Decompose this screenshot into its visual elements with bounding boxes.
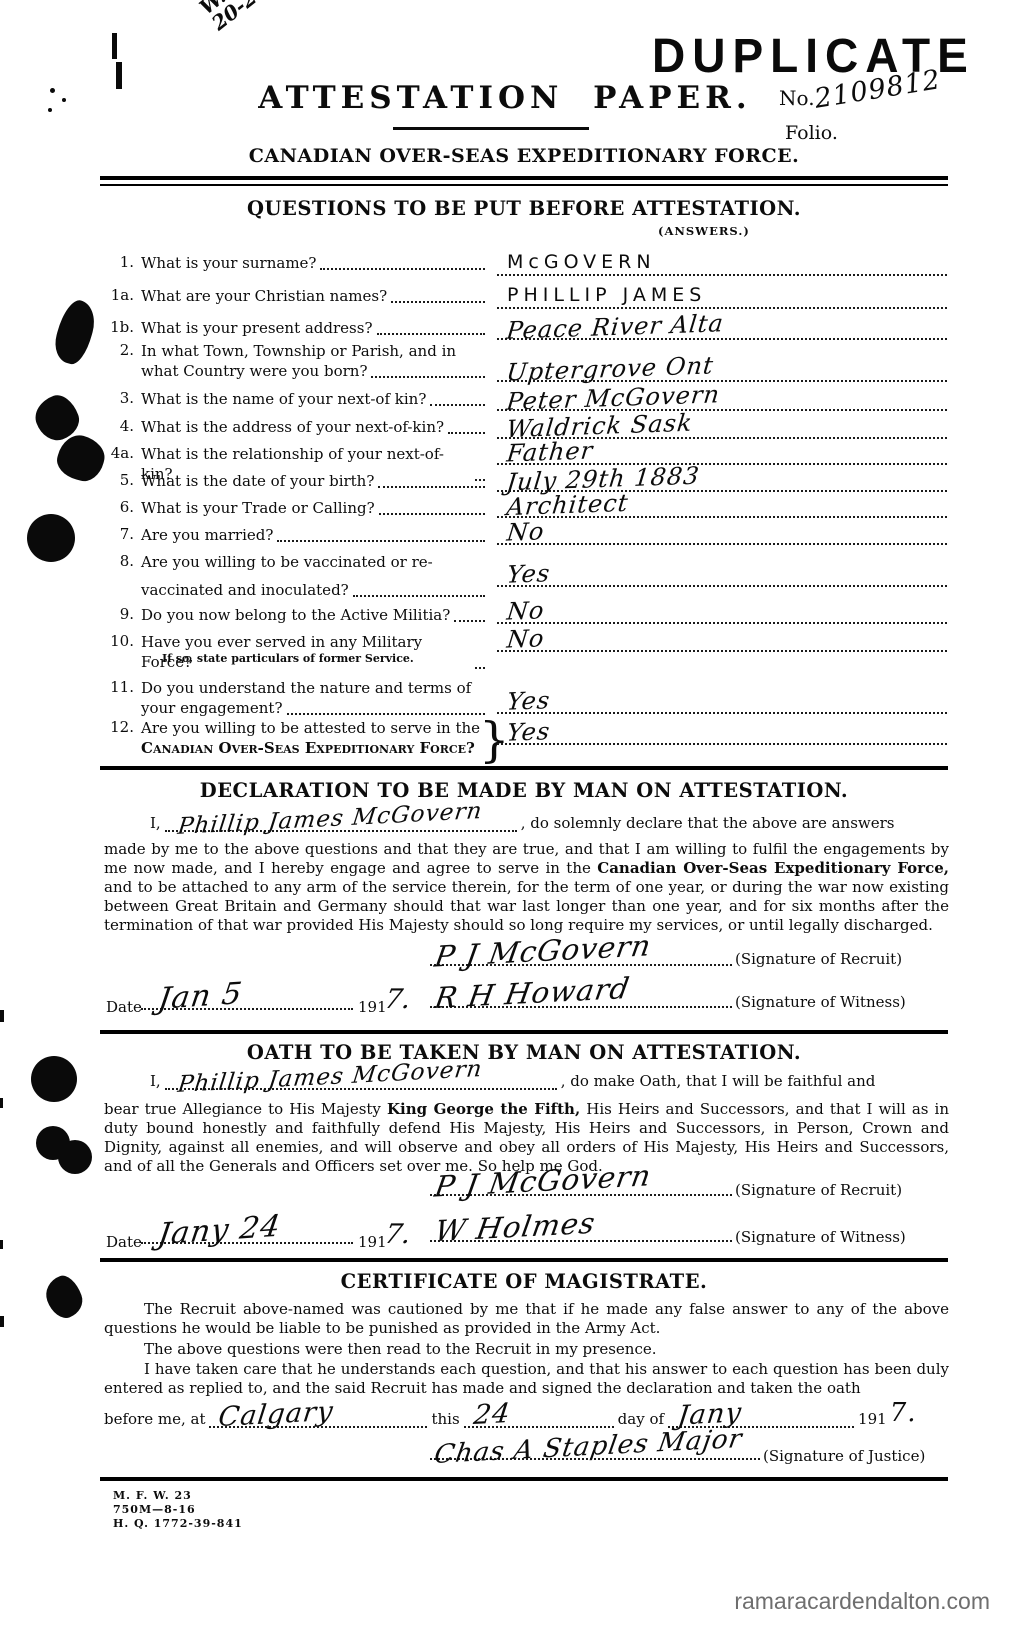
answer-value: McGOVERN (507, 251, 656, 273)
dotted-leader (391, 301, 485, 303)
ink-blob (50, 297, 99, 368)
day-line: 24 (464, 1426, 614, 1428)
question-number: 4. (106, 417, 134, 435)
form-code-1: M. F. W. 23 (113, 1489, 192, 1502)
certificate-paragraph: I have taken care that he understands ea… (104, 1360, 949, 1398)
answer-line: Father (497, 441, 947, 465)
oath-body-text: bear true Allegiance to His Majesty (104, 1100, 387, 1118)
dayof-label: day of (618, 1410, 664, 1428)
question-line: vaccinated and inoculated? (141, 580, 349, 600)
question-line: What is the name of your next-of kin? (141, 389, 426, 409)
question-number: 2. (106, 341, 134, 359)
answer-line: Peace River Alta (497, 316, 947, 340)
dotted-leader (377, 333, 486, 335)
question-number: 9. (106, 605, 134, 623)
form-code-2: 750M—8-16 (113, 1503, 196, 1516)
watermark-text: ramaracardendalton.com (560, 1588, 990, 1615)
recruit-signature-line: P J McGovern (430, 1168, 732, 1196)
date-label: Date (106, 998, 142, 1016)
questions-heading: QUESTIONS TO BE PUT BEFORE ATTESTATION. (100, 197, 948, 220)
question-text: What is your surname? (141, 253, 487, 273)
question-line: What is the date of your birth? (141, 471, 374, 491)
section-divider (100, 766, 948, 770)
dotted-leader (454, 620, 485, 622)
answer-line: Yes (497, 690, 947, 714)
question-number: 12. (106, 718, 134, 736)
declaration-intro: I, Phillip James McGovern , do solemnly … (104, 814, 949, 832)
date-line: Jany 24 (141, 1218, 353, 1244)
dotted-leader (379, 513, 485, 515)
ink-mark (116, 62, 122, 89)
declaration-body-text: and to be attached to any arm of the ser… (104, 878, 949, 934)
justice-signature: Chas A Staples Major (432, 1424, 745, 1470)
ink-blob (41, 1271, 87, 1322)
answer-value: Peace River Alta (505, 309, 725, 345)
question-number: 10. (106, 632, 134, 650)
date-label: Date (106, 1233, 142, 1251)
dotted-leader (277, 540, 485, 542)
annotation-line-2: 20-2-17. (208, 0, 294, 34)
before-label: before me, at (104, 1410, 205, 1428)
question-line: What is your present address? (141, 318, 373, 338)
answer-value: Yes (505, 717, 551, 746)
question-number: 6. (106, 498, 134, 516)
answer-line: PHILLIP JAMES (497, 285, 947, 309)
dotted-leader (371, 376, 485, 378)
intro-prefix: I, (104, 1072, 161, 1090)
year-handwritten: 7. (382, 984, 413, 1015)
justice-signature-line: Chas A Staples Major (430, 1432, 760, 1460)
question-number: 7. (106, 525, 134, 543)
answer-line: No (497, 600, 947, 624)
place-value: Calgary (217, 1396, 336, 1433)
question-text: What is your present address? (141, 318, 487, 338)
attestation-paper-scan: W.a.m. 20-2-17. DUPLICATE ATTESTATION PA… (0, 0, 1013, 1632)
question-text: What are your Christian names? (141, 286, 487, 306)
answer-value: No (505, 624, 546, 653)
question-line: What are your Christian names? (141, 286, 387, 306)
declarant-name-line: Phillip James McGovern (165, 830, 517, 832)
declaration-body: made by me to the above questions and th… (104, 840, 949, 935)
recruit-signature-label: (Signature of Recruit) (735, 1181, 902, 1199)
question-text: What is the name of your next-of kin? (141, 389, 487, 409)
declarant-name: Phillip James McGovern (176, 798, 484, 840)
question-line: What is the address of your next-of-kin? (141, 417, 444, 437)
question-text: Are you willing to be attested to serve … (141, 718, 487, 758)
answer-line: Waldrick Sask (497, 415, 947, 439)
certificate-paragraph: The Recruit above-named was cautioned by… (104, 1300, 949, 1338)
section-divider (100, 1477, 948, 1481)
intro-rest: , do make Oath, that I will be faithful … (561, 1072, 876, 1090)
witness-signature-label: (Signature of Witness) (735, 993, 906, 1011)
dotted-leader (448, 432, 485, 434)
question-line: Do you now belong to the Active Militia? (141, 605, 450, 625)
question-line: your engagement? (141, 698, 283, 718)
recruit-signature-line: P J McGovern (430, 938, 732, 966)
answer-line: McGOVERN (497, 252, 947, 276)
answer-value: No (505, 517, 546, 546)
certificate-paragraph: The above questions were then read to th… (104, 1340, 949, 1359)
edge-artifact (0, 1098, 3, 1108)
oath-body-bold: King George the Fifth, (387, 1100, 580, 1118)
question-text: What is the date of your birth? (141, 471, 487, 491)
answer-value: Yes (505, 686, 551, 715)
page-title: ATTESTATION PAPER. (150, 80, 860, 116)
oath-name-line: Phillip James McGovern (165, 1088, 557, 1090)
witness-signature-label: (Signature of Witness) (735, 1228, 906, 1246)
question-line: Are you married? (141, 525, 273, 545)
dotted-leader (430, 404, 485, 406)
ink-blob (27, 514, 75, 562)
edge-artifact (0, 1010, 4, 1022)
answer-line: Yes (497, 721, 947, 745)
answer-value: No (505, 596, 546, 625)
certificate-before-row: before me, at Calgary this 24 day of Jan… (104, 1398, 949, 1428)
recruit-signature: P J McGovern (432, 928, 654, 973)
answer-line: No (497, 628, 947, 652)
question-number: 3. (106, 389, 134, 407)
date-line: Jan 5 (141, 984, 353, 1010)
question-text: Do you understand the nature and terms o… (141, 678, 487, 718)
declaration-body-bold: Canadian Over-Seas Expeditionary Force, (597, 859, 949, 877)
section-divider (100, 1030, 948, 1034)
answer-line: Yes (497, 563, 947, 587)
answers-label: (ANSWERS.) (658, 224, 750, 238)
section-divider (100, 1258, 948, 1262)
answer-value: Father (505, 437, 594, 468)
section-divider (100, 176, 948, 186)
year-handwritten: 7. (382, 1219, 413, 1250)
question-text: Are you married? (141, 525, 487, 545)
question-number: 1. (106, 253, 134, 271)
question-text: In what Town, Township or Parish, and in… (141, 341, 487, 381)
question-line: In what Town, Township or Parish, and in (141, 341, 487, 361)
ink-speck (48, 108, 52, 112)
oath-heading: OATH TO BE TAKEN BY MAN ON ATTESTATION. (100, 1041, 948, 1064)
answer-line: Architect (497, 494, 947, 518)
handwritten-annotation: W.a.m. 20-2-17. (196, 0, 294, 34)
certificate-heading: CERTIFICATE OF MAGISTRATE. (100, 1270, 948, 1293)
form-code-3: H. Q. 1772-39-841 (113, 1517, 243, 1530)
date-value: Jany 24 (156, 1209, 283, 1252)
answer-line: Peter McGovern (497, 387, 947, 411)
subtitle: CANADIAN OVER-SEAS EXPEDITIONARY FORCE. (100, 145, 948, 167)
number-label: No. (779, 86, 815, 110)
answer-value: Yes (505, 559, 551, 588)
this-label: this (431, 1410, 459, 1428)
dotted-leader (287, 713, 486, 715)
question-line: What is your Trade or Calling? (141, 498, 375, 518)
witness-signature: W Holmes (433, 1206, 599, 1248)
answer-value: PHILLIP JAMES (507, 284, 706, 306)
edge-artifact (0, 1316, 4, 1327)
witness-signature: R H Howard (432, 971, 632, 1015)
question-text: Do you now belong to the Active Militia? (141, 605, 487, 625)
question-text: Are you willing to be vaccinated or re- … (141, 552, 487, 600)
question-line: Do you understand the nature and terms o… (141, 678, 487, 698)
day-value: 24 (472, 1398, 512, 1431)
place-line: Calgary (209, 1426, 427, 1428)
question-number: 8. (106, 552, 134, 570)
ink-speck (62, 98, 66, 102)
year-handwritten: 7. (890, 1398, 917, 1428)
witness-signature-line: W Holmes (430, 1214, 732, 1242)
dotted-leader (320, 268, 485, 270)
ink-blob (58, 1140, 92, 1174)
intro-prefix: I, (104, 814, 161, 832)
question-number: 4a. (106, 444, 134, 462)
justice-signature-label: (Signature of Justice) (763, 1447, 925, 1465)
question-text: What is your Trade or Calling? (141, 498, 487, 518)
answer-line: No (497, 521, 947, 545)
question-note: If so, state particulars of former Servi… (162, 652, 414, 665)
witness-signature-line: R H Howard (430, 980, 732, 1008)
question-line: Are you willing to be attested to serve … (141, 718, 487, 738)
ink-mark (112, 33, 117, 59)
question-number: 11. (106, 678, 134, 696)
question-number: 5. (106, 471, 134, 489)
question-number: 1b. (106, 318, 134, 336)
question-line: What is your surname? (141, 253, 316, 273)
date-value: Jan 5 (156, 976, 245, 1017)
year-printed: 191 (858, 1410, 887, 1428)
intro-rest: , do solemnly declare that the above are… (521, 814, 895, 832)
ink-blob (31, 1056, 77, 1102)
title-rule (393, 127, 589, 130)
question-line: Are you willing to be vaccinated or re- (141, 552, 487, 572)
answer-line: July 29th 1883 (497, 468, 947, 492)
question-line: Canadian Over-Seas Expeditionary Force? (141, 738, 487, 758)
question-number: 1a. (106, 286, 134, 304)
folio-label: Folio. (785, 122, 838, 144)
answer-line: Uptergrove Ont (497, 358, 947, 382)
question-text: What is the address of your next-of-kin? (141, 417, 487, 437)
dotted-leader (378, 486, 485, 488)
ink-speck (50, 88, 55, 93)
oath-intro: I, Phillip James McGovern , do make Oath… (104, 1072, 949, 1090)
dotted-leader (475, 667, 485, 669)
answer-value: Architect (505, 489, 630, 521)
edge-artifact (0, 1240, 3, 1249)
question-line: what Country were you born? (141, 361, 367, 381)
dotted-leader (353, 595, 485, 597)
declaration-heading: DECLARATION TO BE MADE BY MAN ON ATTESTA… (100, 779, 948, 802)
recruit-signature-label: (Signature of Recruit) (735, 950, 902, 968)
